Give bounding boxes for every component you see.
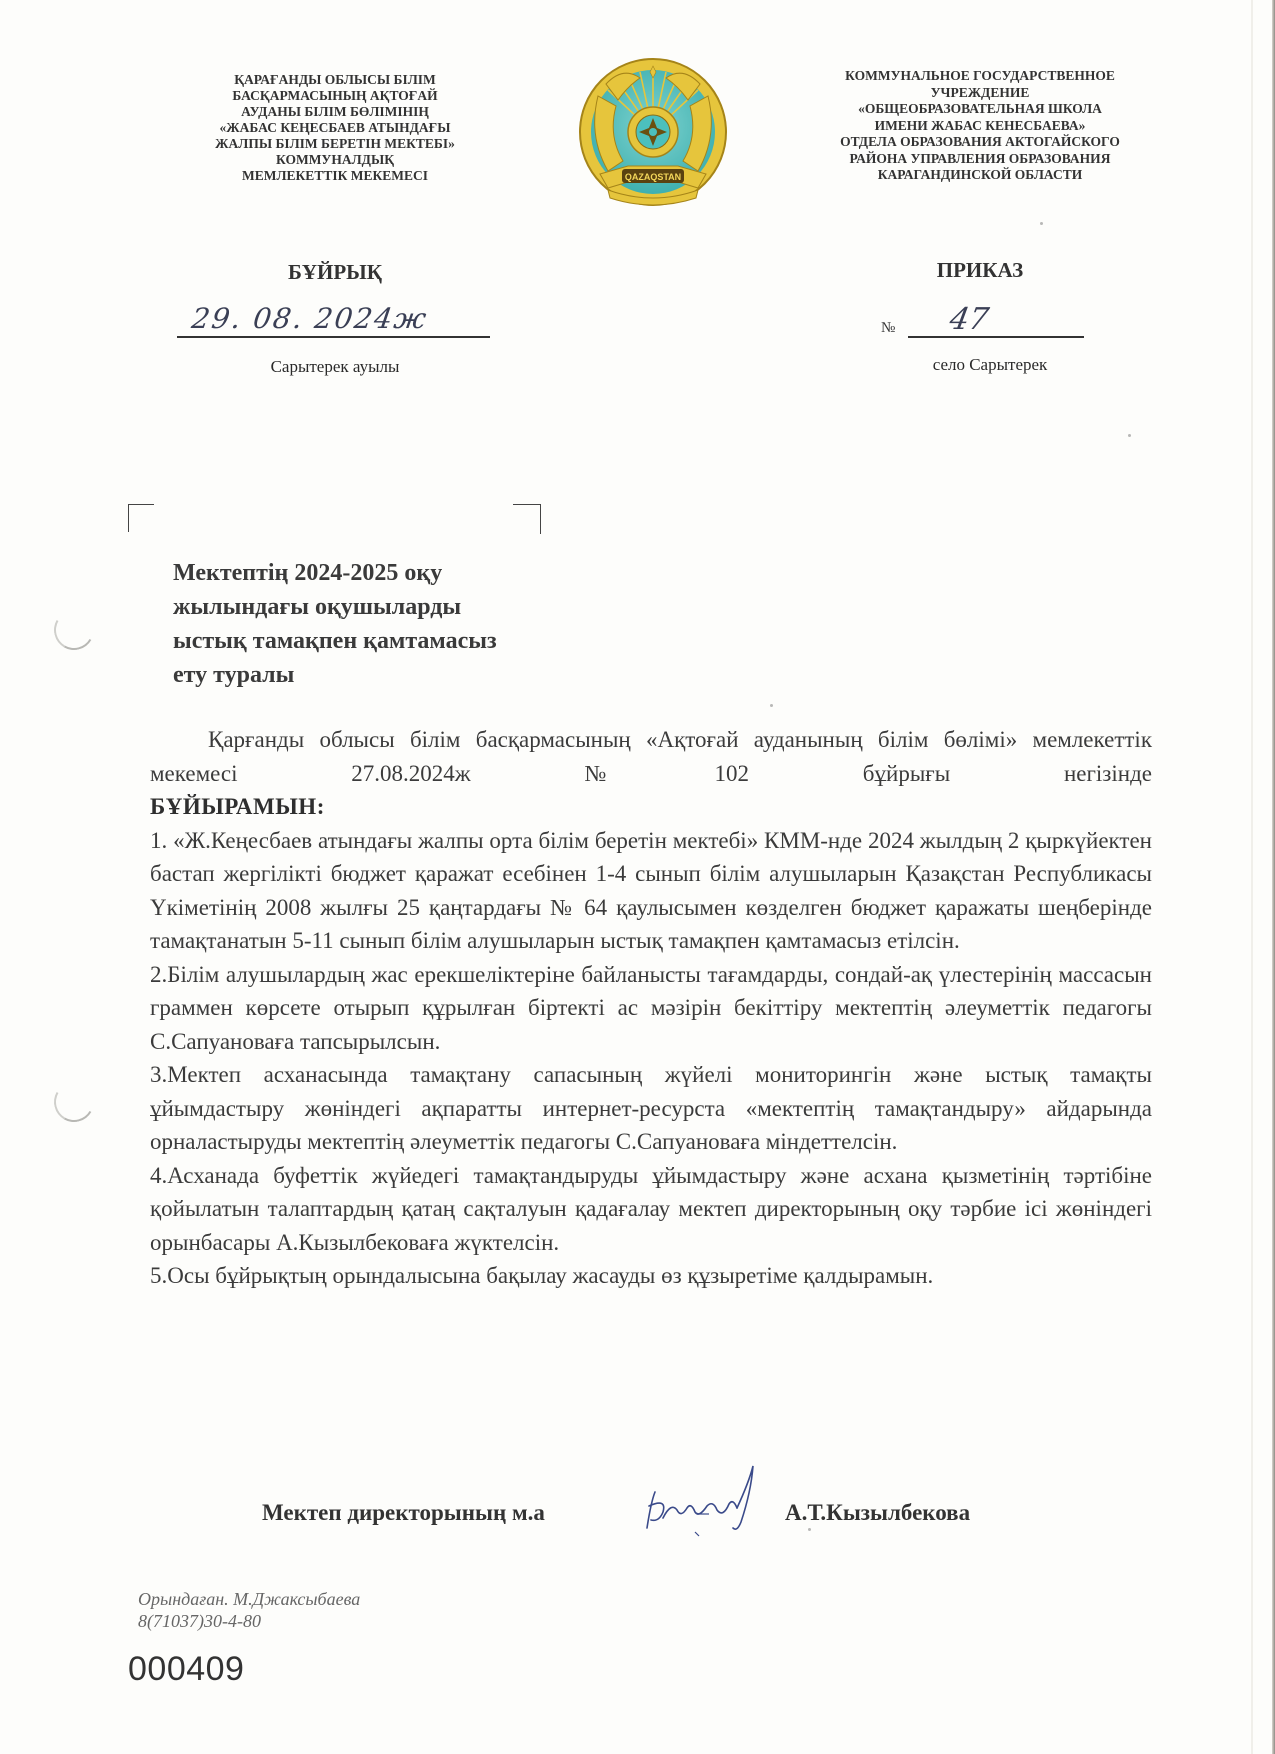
header-institution-ru: КОММУНАЛЬНОЕ ГОСУДАРСТВЕННОЕ УЧРЕЖДЕНИЕ … [800, 68, 1160, 184]
header-ru-line: КОММУНАЛЬНОЕ ГОСУДАРСТВЕННОЕ [800, 68, 1160, 85]
registration-number: 000409 [128, 1650, 244, 1689]
order-number-label: № [881, 320, 895, 337]
order-body: Қарғанды облысы білім басқармасының «Ақт… [150, 723, 1152, 1293]
subject-line: жылындағы оқушыларды [173, 590, 593, 624]
order-item-5: 5.Осы бұйрықтың орындалысына бақылау жас… [150, 1259, 1152, 1293]
preamble: Қарғанды облысы білім басқармасының «Ақт… [150, 723, 1152, 790]
header-ru-line: УЧРЕЖДЕНИЕ [800, 85, 1160, 102]
scan-speck [808, 1528, 811, 1531]
decree-word: БҰЙЫРАМЫН: [150, 790, 1152, 824]
header-kz-line: БАСҚАРМАСЫНЫҢ АҚТОҒАЙ [175, 88, 495, 104]
date-underline [177, 336, 490, 338]
subject-bracket-right [513, 504, 541, 534]
header-ru-line: ОТДЕЛА ОБРАЗОВАНИЯ АКТОГАЙСКОГО [800, 134, 1160, 151]
executor-phone: 8(71037)30-4-80 [138, 1610, 360, 1632]
order-item-2: 2.Білім алушылардың жас ерекшеліктеріне … [150, 958, 1152, 1059]
order-item-4: 4.Асханада буфеттік жүйедегі тамақтандыр… [150, 1159, 1152, 1260]
subject-line: ыстық тамақпен қамтамасыз [173, 624, 593, 658]
state-emblem-icon: QAZAQSTAN [578, 56, 728, 214]
header-kz-line: «ЖАБАС КЕҢЕСБАЕВ АТЫНДАҒЫ [175, 120, 495, 136]
order-number: 47 [947, 302, 991, 337]
header-kz-line: ҚАРАҒАНДЫ ОБЛЫСЫ БІЛІМ [175, 72, 495, 88]
page-edge-shadow [1251, 0, 1253, 1754]
header-kz-line: КОММУНАЛДЫҚ [175, 152, 495, 168]
header-kz-line: АУДАНЫ БІЛІМ БӨЛІМІНІҢ [175, 104, 495, 120]
executor-info: Орындаған. М.Джаксыбаева 8(71037)30-4-80 [138, 1588, 360, 1632]
document-page: ҚАРАҒАНДЫ ОБЛЫСЫ БІЛІМ БАСҚАРМАСЫНЫҢ АҚТ… [0, 0, 1275, 1754]
subject-line: ету туралы [173, 658, 593, 692]
subject-line: Мектептің 2024-2025 оқу [173, 556, 593, 590]
order-date: 29. 08. 2024ж [190, 302, 431, 335]
signatory-title: Мектеп директорының м.а [262, 1500, 545, 1526]
header-kz-line: МЕМЛЕКЕТТІК МЕКЕМЕСІ [175, 168, 495, 184]
header-ru-line: КАРАГАНДИНСКОЙ ОБЛАСТИ [800, 167, 1160, 184]
number-underline [908, 336, 1084, 338]
header-ru-line: «ОБЩЕОБРАЗОВАТЕЛЬНАЯ ШКОЛА [800, 101, 1160, 118]
signatory-name: А.Т.Кызылбекова [785, 1500, 970, 1526]
order-title-ru: ПРИКАЗ [900, 258, 1060, 283]
punch-hole-bottom [50, 1078, 99, 1127]
punch-hole-top [50, 606, 99, 655]
order-subject: Мектептің 2024-2025 оқу жылындағы оқушыл… [173, 556, 593, 692]
header-ru-line: РАЙОНА УПРАВЛЕНИЯ ОБРАЗОВАНИЯ [800, 151, 1160, 168]
order-title-kz: БҰЙРЫҚ [255, 260, 415, 285]
place-kz: Сарытерек ауылы [255, 357, 415, 377]
scan-speck [1128, 434, 1131, 437]
svg-text:QAZAQSTAN: QAZAQSTAN [625, 172, 681, 182]
signature-block: Мектеп директорының м.а А.Т.Кызылбекова [262, 1492, 1062, 1552]
handwritten-signature-icon [637, 1462, 777, 1542]
subject-bracket-left [128, 504, 154, 532]
scan-speck [1040, 222, 1043, 225]
header-kz-line: ЖАЛПЫ БІЛІМ БЕРЕТІН МЕКТЕБІ» [175, 136, 495, 152]
executor-name: Орындаған. М.Джаксыбаева [138, 1588, 360, 1610]
place-ru: село Сарытерек [900, 355, 1080, 375]
scan-speck [770, 704, 773, 707]
order-item-3: 3.Мектеп асханасында тамақтану сапасының… [150, 1058, 1152, 1159]
header-institution-kz: ҚАРАҒАНДЫ ОБЛЫСЫ БІЛІМ БАСҚАРМАСЫНЫҢ АҚТ… [175, 72, 495, 184]
order-item-1: 1. «Ж.Кеңесбаев атындағы жалпы орта білі… [150, 824, 1152, 958]
header-ru-line: ИМЕНИ ЖАБАС КЕНЕСБАЕВА» [800, 118, 1160, 135]
